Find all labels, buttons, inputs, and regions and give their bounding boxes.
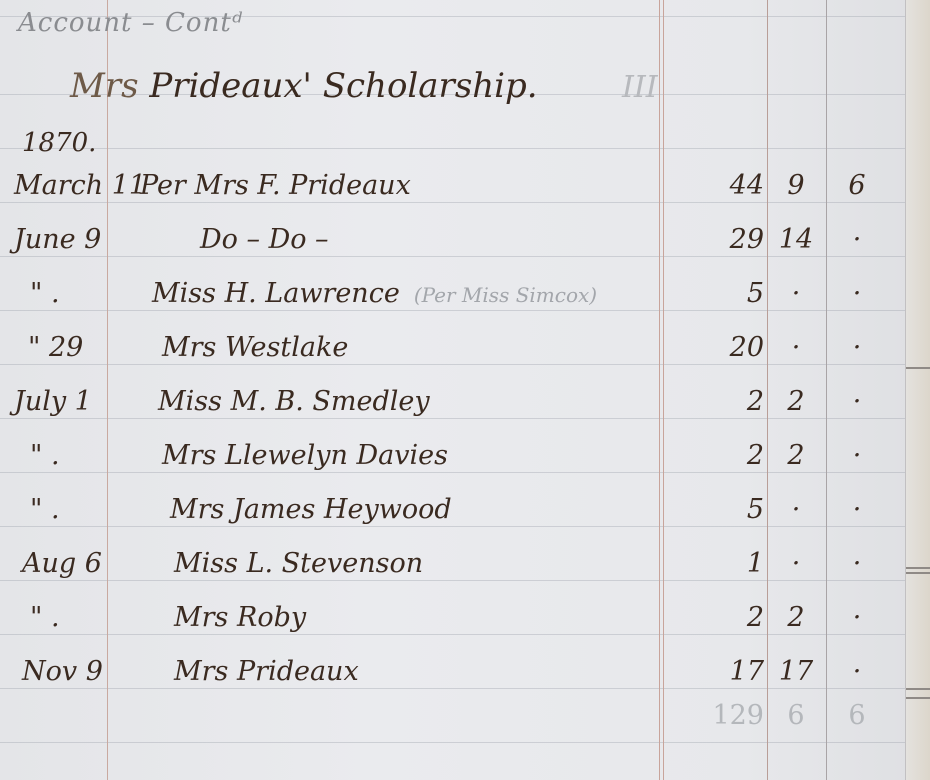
- entry-name: Mrs Westlake: [162, 332, 348, 363]
- entry-shillings: 2: [768, 386, 824, 417]
- entry-name: Mrs Roby: [174, 602, 306, 633]
- entry-name: Miss M. B. Smedley: [158, 386, 430, 417]
- title-text: Prideaux' Scholarship.: [149, 66, 537, 106]
- entry-shillings: 17: [768, 656, 824, 687]
- entry-shillings: ·: [768, 278, 824, 309]
- entry-shillings: 14: [768, 224, 824, 255]
- ledger-row: July 1 Miss M. B. Smedley 2 2 ·: [0, 386, 905, 438]
- entry-shillings: 9: [768, 170, 824, 201]
- entry-pounds: 1: [664, 548, 764, 579]
- entry-shillings: ·: [768, 494, 824, 525]
- entry-pounds: 2: [664, 386, 764, 417]
- entry-pounds: 5: [664, 278, 764, 309]
- ledger-row: " 29 Mrs Westlake 20 · ·: [0, 332, 905, 384]
- year-label: 1870.: [22, 128, 96, 158]
- edge-tick: [906, 572, 930, 574]
- edge-tick: [906, 697, 930, 699]
- entry-name-wrap: Miss H. Lawrence(Per Miss Simcox): [152, 278, 597, 309]
- entry-pence: ·: [827, 440, 887, 471]
- ledger-row: " . Mrs Llewelyn Davies 2 2 ·: [0, 440, 905, 492]
- total-pence: 6: [827, 700, 887, 731]
- ledger-page: Account – Contᵈ Mrs Prideaux' Scholarshi…: [0, 0, 930, 780]
- edge-tick: [906, 367, 930, 369]
- ledger-row: " . Mrs James Heywood 5 · ·: [0, 494, 905, 546]
- entry-pounds: 5: [664, 494, 764, 525]
- entry-name: Per Mrs F. Prideaux: [140, 170, 411, 201]
- edge-tick: [906, 567, 930, 569]
- entry-date: Nov 9: [22, 656, 114, 687]
- ledger-row: " . Miss H. Lawrence(Per Miss Simcox) 5 …: [0, 278, 905, 330]
- total-shillings: 6: [768, 700, 824, 731]
- entry-shillings: 2: [768, 440, 824, 471]
- ledger-row: June 9 Do – Do – 29 14 ·: [0, 224, 905, 276]
- entry-date: " .: [30, 440, 122, 471]
- ledger-row: March 11 Per Mrs F. Prideaux 44 9 6: [0, 170, 905, 222]
- entry-pence: ·: [827, 224, 887, 255]
- ledger-row: " . Mrs Roby 2 2 ·: [0, 602, 905, 654]
- entry-shillings: ·: [768, 332, 824, 363]
- page-mark: III: [622, 70, 658, 105]
- entry-note: (Per Miss Simcox): [414, 283, 597, 307]
- continued-heading: Account – Contᵈ: [18, 8, 243, 38]
- entry-name: Miss H. Lawrence: [152, 278, 400, 309]
- entry-pounds: 17: [664, 656, 764, 687]
- entry-pence: ·: [827, 278, 887, 309]
- entry-name: Mrs Prideaux: [174, 656, 359, 687]
- entry-shillings: 2: [768, 602, 824, 633]
- total-pounds: 129: [664, 700, 764, 731]
- entry-name: Do – Do –: [200, 224, 329, 255]
- entry-date: " .: [30, 602, 122, 633]
- entry-date: March 11: [14, 170, 106, 201]
- entry-name: Mrs James Heywood: [170, 494, 452, 525]
- page-title: Mrs Prideaux' Scholarship.: [70, 66, 538, 106]
- entry-pence: 6: [827, 170, 887, 201]
- entry-date: June 9: [14, 224, 106, 255]
- edge-tick: [906, 688, 930, 690]
- entry-pounds: 29: [664, 224, 764, 255]
- entry-pence: ·: [827, 602, 887, 633]
- entry-pence: ·: [827, 494, 887, 525]
- entry-pence: ·: [827, 332, 887, 363]
- entry-date: Aug 6: [22, 548, 114, 579]
- entry-date: " .: [30, 494, 122, 525]
- total-row: 129 6 6: [0, 700, 905, 752]
- entry-pence: ·: [827, 386, 887, 417]
- entry-date: " .: [30, 278, 122, 309]
- title-prefix: Mrs: [70, 66, 139, 106]
- entry-pounds: 2: [664, 602, 764, 633]
- page-edge: [906, 0, 930, 780]
- ledger-row: Aug 6 Miss L. Stevenson 1 · ·: [0, 548, 905, 600]
- entry-name: Miss L. Stevenson: [174, 548, 423, 579]
- page-edge-rule: [905, 0, 906, 780]
- entry-date: July 1: [14, 386, 106, 417]
- entry-pence: ·: [827, 656, 887, 687]
- entry-pounds: 44: [664, 170, 764, 201]
- entry-pounds: 2: [664, 440, 764, 471]
- entry-shillings: ·: [768, 548, 824, 579]
- entry-name: Mrs Llewelyn Davies: [162, 440, 448, 471]
- entry-pounds: 20: [664, 332, 764, 363]
- entry-pence: ·: [827, 548, 887, 579]
- entry-date: " 29: [28, 332, 120, 363]
